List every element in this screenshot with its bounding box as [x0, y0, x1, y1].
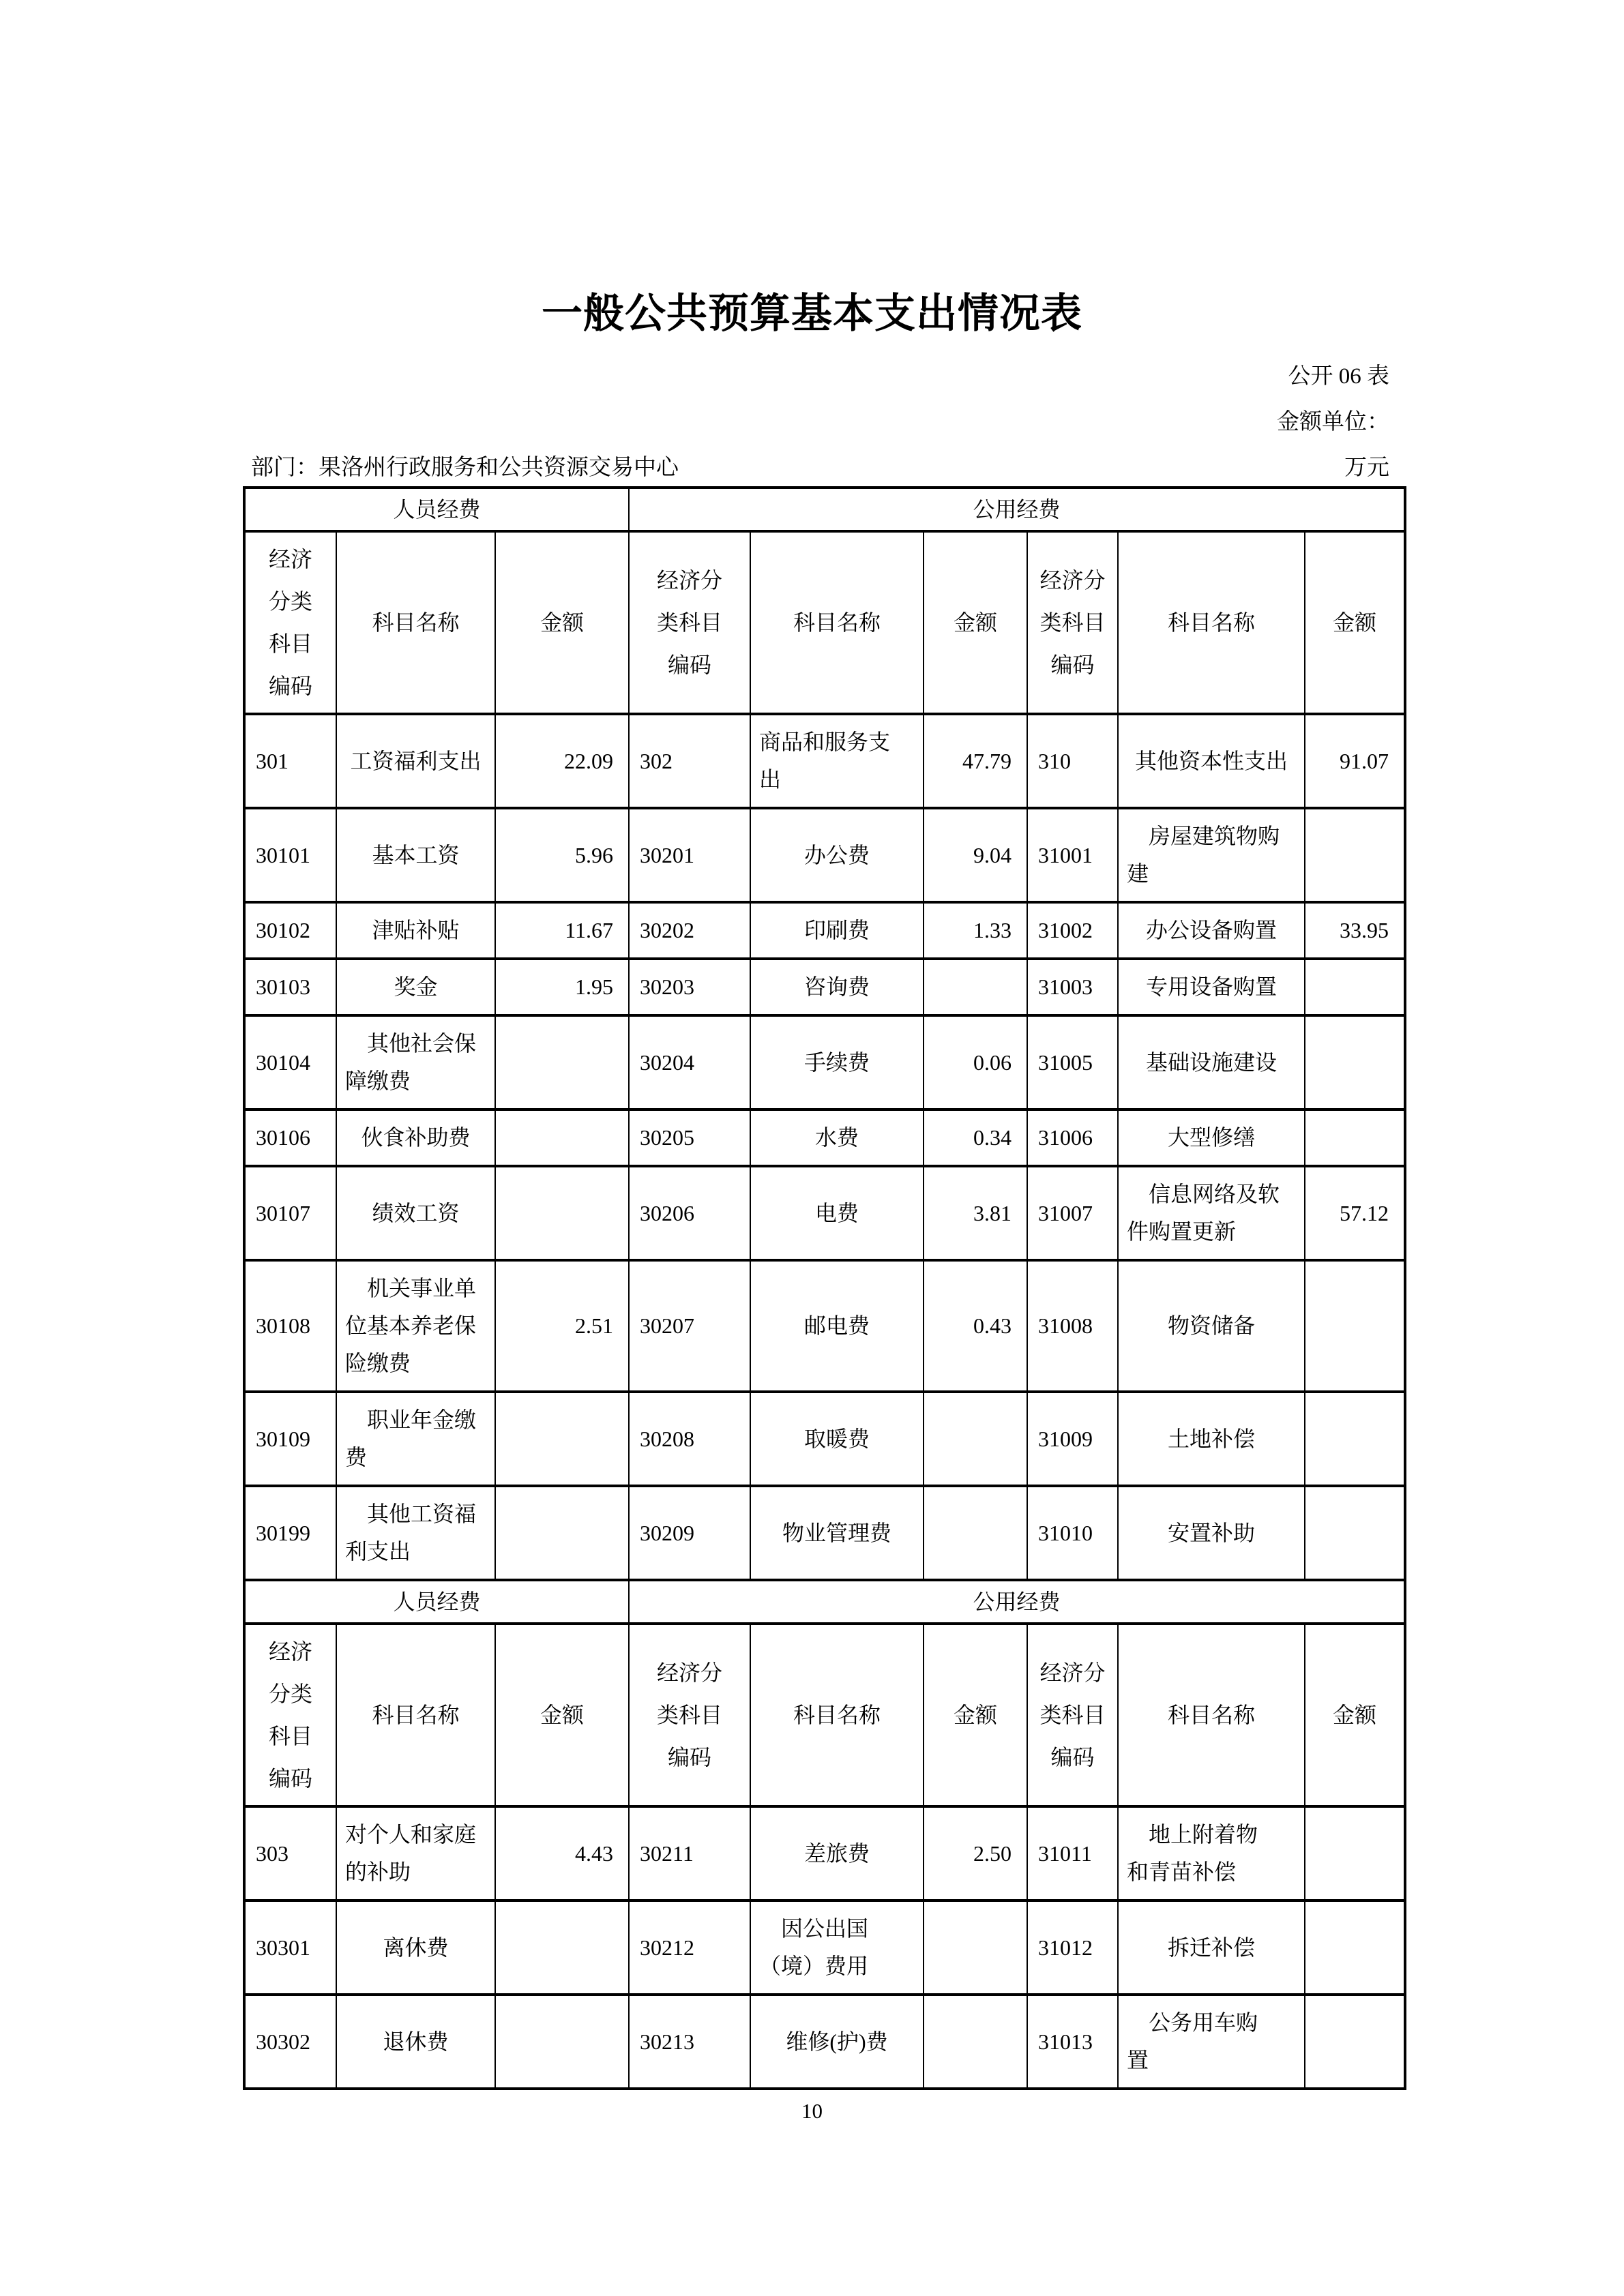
code-cell: 31009	[1027, 1392, 1118, 1486]
table-row: 30102津贴补贴11.6730202印刷费1.3331002办公设备购置33.…	[244, 902, 1405, 959]
table-row: 30109 职业年金缴 费30208取暖费31009土地补偿	[244, 1392, 1405, 1486]
amount-cell: 4.43	[495, 1806, 629, 1900]
code-cell: 31013	[1027, 1995, 1118, 2089]
code-cell: 30302	[244, 1995, 336, 2089]
amount-cell	[1305, 1806, 1405, 1900]
subject-name-cell: 邮电费	[750, 1260, 924, 1392]
band-personnel: 人员经费	[244, 1580, 629, 1624]
table-row: 30103奖金1.9530203咨询费31003专用设备购置	[244, 959, 1405, 1015]
subject-name-cell: 伙食补助费	[336, 1109, 495, 1166]
subject-name-cell: 公务用车购 置	[1118, 1995, 1305, 2089]
code-cell: 30209	[629, 1486, 750, 1580]
header-code: 经济分 类科目 编码	[629, 531, 750, 714]
code-cell: 30208	[629, 1392, 750, 1486]
subject-name-cell: 物业管理费	[750, 1486, 924, 1580]
table-row: 301工资福利支出22.09302商品和服务支 出47.79310其他资本性支出…	[244, 714, 1405, 808]
code-cell: 30199	[244, 1486, 336, 1580]
subject-name-cell: 基础设施建设	[1118, 1015, 1305, 1109]
subject-name-cell: 办公费	[750, 808, 924, 902]
subject-name-cell: 水费	[750, 1109, 924, 1166]
subject-name-cell: 拆迁补偿	[1118, 1900, 1305, 1995]
column-header-row: 经济 分类 科目 编码 科目名称 金额 经济分 类科目 编码 科目名称 金额 经…	[244, 531, 1405, 714]
unit-value-label: 万元	[1344, 453, 1389, 483]
subject-name-cell: 商品和服务支 出	[750, 714, 924, 808]
amount-cell	[495, 1486, 629, 1580]
code-cell: 30212	[629, 1900, 750, 1995]
amount-cell	[1305, 1392, 1405, 1486]
code-cell: 31005	[1027, 1015, 1118, 1109]
amount-cell	[1305, 1015, 1405, 1109]
header-subject-name: 科目名称	[1118, 1624, 1305, 1806]
code-cell: 31007	[1027, 1166, 1118, 1260]
table-row: 30101基本工资5.9630201办公费9.0431001 房屋建筑物购 建	[244, 808, 1405, 902]
code-cell: 30204	[629, 1015, 750, 1109]
subject-name-cell: 房屋建筑物购 建	[1118, 808, 1305, 902]
code-cell: 310	[1027, 714, 1118, 808]
amount-cell: 33.95	[1305, 902, 1405, 959]
amount-cell	[924, 1995, 1027, 2089]
amount-cell: 3.81	[924, 1166, 1027, 1260]
header-code: 经济 分类 科目 编码	[244, 531, 336, 714]
subject-name-cell: 机关事业单 位基本养老保 险缴费	[336, 1260, 495, 1392]
amount-cell	[924, 1900, 1027, 1995]
table-row: 30104 其他社会保 障缴费30204手续费0.0631005基础设施建设	[244, 1015, 1405, 1109]
amount-cell: 47.79	[924, 714, 1027, 808]
table-row: 303对个人和家庭 的补助4.4330211差旅费2.5031011 地上附着物…	[244, 1806, 1405, 1900]
subject-name-cell: 绩效工资	[336, 1166, 495, 1260]
doc-number-label: 公开 06 表	[1288, 361, 1390, 391]
amount-unit-label: 金额单位：	[1277, 407, 1389, 437]
table-row: 30199 其他工资福 利支出30209物业管理费31010安置补助	[244, 1486, 1405, 1580]
amount-cell: 57.12	[1305, 1166, 1405, 1260]
code-cell: 30104	[244, 1015, 336, 1109]
band-public: 公用经费	[629, 1580, 1405, 1624]
code-cell: 30203	[629, 959, 750, 1015]
amount-cell	[1305, 1260, 1405, 1392]
code-cell: 30102	[244, 902, 336, 959]
code-cell: 302	[629, 714, 750, 808]
subject-name-cell: 物资储备	[1118, 1260, 1305, 1392]
amount-cell	[495, 1015, 629, 1109]
code-cell: 301	[244, 714, 336, 808]
code-cell: 30107	[244, 1166, 336, 1260]
code-cell: 30206	[629, 1166, 750, 1260]
subject-name-cell: 地上附着物 和青苗补偿	[1118, 1806, 1305, 1900]
code-cell: 31011	[1027, 1806, 1118, 1900]
amount-cell: 5.96	[495, 808, 629, 902]
code-cell: 31003	[1027, 959, 1118, 1015]
subject-name-cell: 因公出国 （境）费用	[750, 1900, 924, 1995]
amount-cell	[924, 959, 1027, 1015]
table-row: 30302退休费30213维修(护)费31013 公务用车购 置	[244, 1995, 1405, 2089]
subject-name-cell: 专用设备购置	[1118, 959, 1305, 1015]
header-amount: 金额	[495, 1624, 629, 1806]
band-row: 人员经费 公用经费	[244, 1580, 1405, 1624]
department-row: 部门：果洛州行政服务和公共资源交易中心 万元	[251, 453, 1389, 483]
amount-cell: 1.33	[924, 902, 1027, 959]
header-code: 经济分 类科目 编码	[1027, 531, 1118, 714]
subject-name-cell: 离休费	[336, 1900, 495, 1995]
header-amount: 金额	[1305, 1624, 1405, 1806]
table-row: 30108 机关事业单 位基本养老保 险缴费2.5130207邮电费0.4331…	[244, 1260, 1405, 1392]
amount-cell: 9.04	[924, 808, 1027, 902]
header-amount: 金额	[924, 1624, 1027, 1806]
amount-cell: 91.07	[1305, 714, 1405, 808]
subject-name-cell: 办公设备购置	[1118, 902, 1305, 959]
code-cell: 30213	[629, 1995, 750, 2089]
subject-name-cell: 安置补助	[1118, 1486, 1305, 1580]
code-cell: 31002	[1027, 902, 1118, 959]
subject-name-cell: 电费	[750, 1166, 924, 1260]
header-amount: 金额	[1305, 531, 1405, 714]
code-cell: 30109	[244, 1392, 336, 1486]
table-row: 30106伙食补助费30205水费0.3431006大型修缮	[244, 1109, 1405, 1166]
section-1-rows: 301工资福利支出22.09302商品和服务支 出47.79310其他资本性支出…	[244, 714, 1405, 1580]
amount-cell	[1305, 1109, 1405, 1166]
code-cell: 30202	[629, 902, 750, 959]
subject-name-cell: 退休费	[336, 1995, 495, 2089]
amount-cell	[495, 1392, 629, 1486]
band-personnel: 人员经费	[244, 488, 629, 531]
subject-name-cell: 其他工资福 利支出	[336, 1486, 495, 1580]
header-subject-name: 科目名称	[336, 531, 495, 714]
amount-cell: 11.67	[495, 902, 629, 959]
subject-name-cell: 工资福利支出	[336, 714, 495, 808]
budget-table: 人员经费 公用经费 经济 分类 科目 编码 科目名称 金额 经济分 类科目 编码…	[243, 486, 1406, 2090]
amount-cell: 0.34	[924, 1109, 1027, 1166]
header-amount: 金额	[495, 531, 629, 714]
section-2-rows: 303对个人和家庭 的补助4.4330211差旅费2.5031011 地上附着物…	[244, 1806, 1405, 2089]
subject-name-cell: 其他社会保 障缴费	[336, 1015, 495, 1109]
header-subject-name: 科目名称	[336, 1624, 495, 1806]
code-cell: 31010	[1027, 1486, 1118, 1580]
code-cell: 30207	[629, 1260, 750, 1392]
code-cell: 30211	[629, 1806, 750, 1900]
code-cell: 30106	[244, 1109, 336, 1166]
amount-cell: 2.50	[924, 1806, 1027, 1900]
page-number: 10	[0, 2099, 1624, 2123]
subject-name-cell: 印刷费	[750, 902, 924, 959]
amount-cell	[1305, 808, 1405, 902]
subject-name-cell: 奖金	[336, 959, 495, 1015]
code-cell: 30201	[629, 808, 750, 902]
header-subject-name: 科目名称	[1118, 531, 1305, 714]
code-cell: 30108	[244, 1260, 336, 1392]
band-public: 公用经费	[629, 488, 1405, 531]
amount-cell	[1305, 959, 1405, 1015]
subject-name-cell: 基本工资	[336, 808, 495, 902]
subject-name-cell: 信息网络及软 件购置更新	[1118, 1166, 1305, 1260]
amount-cell	[495, 1166, 629, 1260]
amount-cell	[924, 1486, 1027, 1580]
subject-name-cell: 其他资本性支出	[1118, 714, 1305, 808]
column-header-row: 经济 分类 科目 编码 科目名称 金额 经济分 类科目 编码 科目名称 金额 经…	[244, 1624, 1405, 1806]
table-row: 30107绩效工资30206电费3.8131007 信息网络及软 件购置更新57…	[244, 1166, 1405, 1260]
code-cell: 30205	[629, 1109, 750, 1166]
table-row: 30301离休费30212 因公出国 （境）费用31012拆迁补偿	[244, 1900, 1405, 1995]
amount-cell	[1305, 1995, 1405, 2089]
page-title: 一般公共预算基本支出情况表	[0, 286, 1624, 341]
amount-cell: 22.09	[495, 714, 629, 808]
code-cell: 303	[244, 1806, 336, 1900]
subject-name-cell: 大型修缮	[1118, 1109, 1305, 1166]
code-cell: 30103	[244, 959, 336, 1015]
amount-cell	[495, 1900, 629, 1995]
header-code: 经济 分类 科目 编码	[244, 1624, 336, 1806]
header-amount: 金额	[924, 531, 1027, 714]
header-code: 经济分 类科目 编码	[629, 1624, 750, 1806]
header-subject-name: 科目名称	[750, 1624, 924, 1806]
code-cell: 31001	[1027, 808, 1118, 902]
amount-cell	[495, 1109, 629, 1166]
code-cell: 31006	[1027, 1109, 1118, 1166]
header-code: 经济分 类科目 编码	[1027, 1624, 1118, 1806]
code-cell: 30301	[244, 1900, 336, 1995]
code-cell: 31008	[1027, 1260, 1118, 1392]
department-label: 部门：果洛州行政服务和公共资源交易中心	[251, 453, 679, 483]
subject-name-cell: 土地补偿	[1118, 1392, 1305, 1486]
subject-name-cell: 咨询费	[750, 959, 924, 1015]
amount-cell	[1305, 1486, 1405, 1580]
subject-name-cell: 对个人和家庭 的补助	[336, 1806, 495, 1900]
header-subject-name: 科目名称	[750, 531, 924, 714]
amount-cell	[1305, 1900, 1405, 1995]
subject-name-cell: 维修(护)费	[750, 1995, 924, 2089]
amount-cell: 1.95	[495, 959, 629, 1015]
amount-cell: 0.06	[924, 1015, 1027, 1109]
amount-cell	[924, 1392, 1027, 1486]
subject-name-cell: 职业年金缴 费	[336, 1392, 495, 1486]
amount-cell: 0.43	[924, 1260, 1027, 1392]
subject-name-cell: 津贴补贴	[336, 902, 495, 959]
code-cell: 31012	[1027, 1900, 1118, 1995]
amount-cell	[495, 1995, 629, 2089]
subject-name-cell: 取暖费	[750, 1392, 924, 1486]
amount-cell: 2.51	[495, 1260, 629, 1392]
code-cell: 30101	[244, 808, 336, 902]
subject-name-cell: 差旅费	[750, 1806, 924, 1900]
subject-name-cell: 手续费	[750, 1015, 924, 1109]
band-row: 人员经费 公用经费	[244, 488, 1405, 531]
